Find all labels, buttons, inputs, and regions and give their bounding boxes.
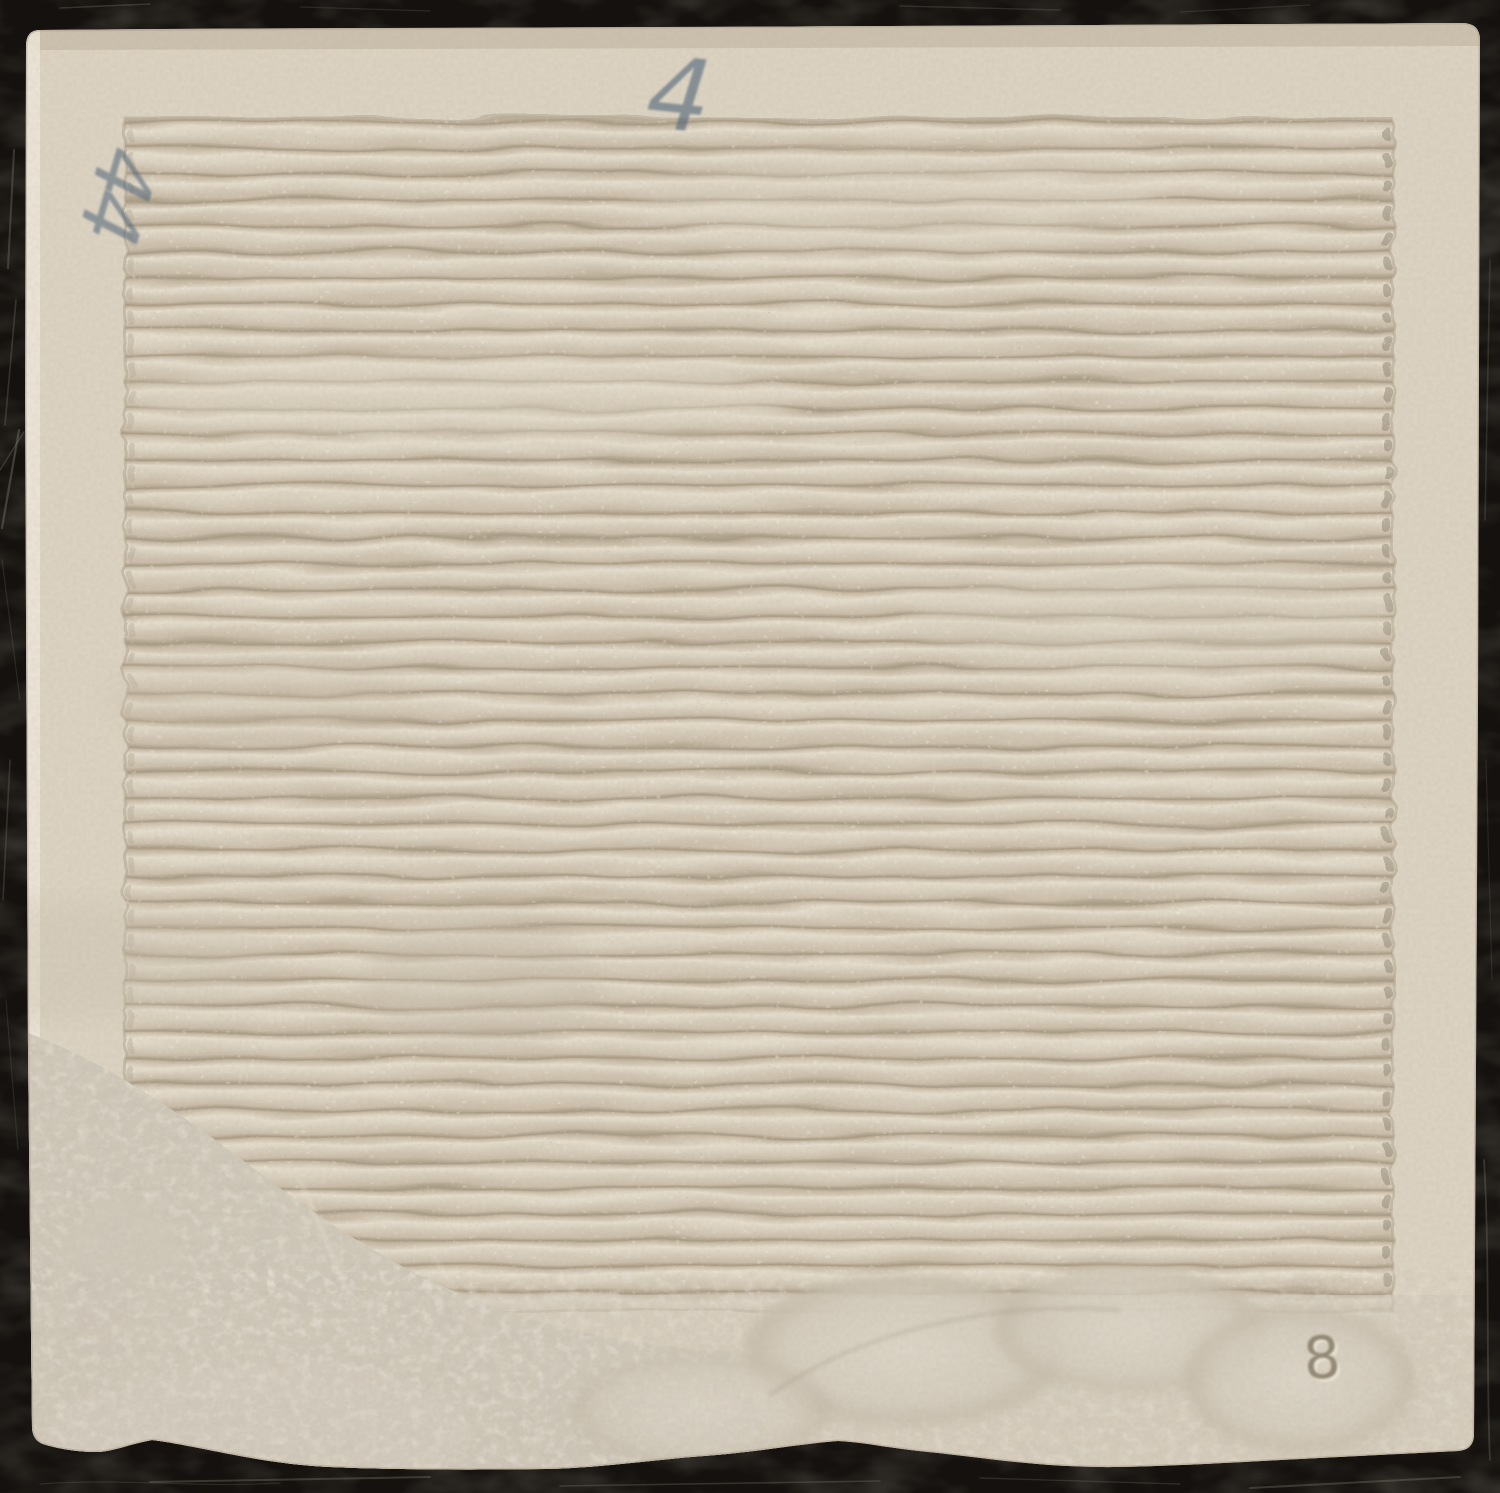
tile-grain [0, 0, 1500, 1493]
photo-scene: 44 4 8 8 [0, 0, 1500, 1493]
tile [0, 0, 1500, 1493]
tile-photo: 44 4 8 8 [0, 0, 1500, 1493]
stamp-8: 8 [1301, 1323, 1343, 1393]
pencil-mark-4: 4 [641, 34, 717, 157]
